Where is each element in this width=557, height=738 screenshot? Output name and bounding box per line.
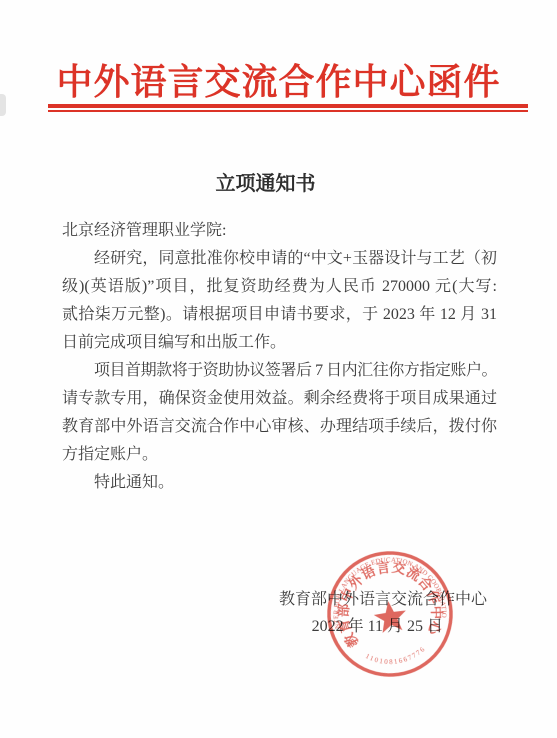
letterhead-title: 中外语言交流合作中心函件	[0, 60, 557, 104]
closing-line: 特此通知。	[62, 469, 497, 497]
body-line-5: 项目首期款将于资助协议签署后 7 日内汇往你方指定账户。	[62, 357, 497, 385]
body-line-2: 级)(英语版)”项目，批复资助经费为人民币 270000 元(大写:	[62, 273, 497, 301]
body-line-8: 方指定账户。	[62, 441, 497, 469]
scanned-letter-page: 中外语言交流合作中心函件 立项通知书 北京经济管理职业学院: 经研究，同意批准你…	[0, 0, 557, 738]
signature-date: 2022 年 11 月 25 日	[312, 613, 443, 641]
scan-smudge-artifact	[0, 94, 6, 116]
letterhead-rule-thick	[48, 104, 528, 108]
svg-text:1101081667776: 1101081667776	[363, 644, 429, 670]
document-title: 立项通知书	[48, 170, 483, 198]
seal-serial-number: 1101081667776	[363, 644, 429, 670]
body-line-6: 请专款专用，确保资金使用效益。剩余经费将于项目成果通过	[62, 385, 497, 413]
letter-body: 北京经济管理职业学院: 经研究，同意批准你校申请的“中文+玉器设计与工艺（初 级…	[62, 217, 497, 497]
body-line-1: 经研究，同意批准你校申请的“中文+玉器设计与工艺（初	[62, 245, 497, 273]
body-line-7: 教育部中外语言交流合作中心审核、办理结项手续后，拨付你	[62, 413, 497, 441]
body-line-3: 贰拾柒万元整)。请根据项目申请书要求，于 2023 年 12 月 31	[62, 301, 497, 329]
body-line-4: 日前完成项目编写和出版工作。	[62, 329, 497, 357]
signature-organization: 教育部中外语言交流合作中心	[279, 586, 487, 614]
letterhead-rule-thin	[48, 110, 528, 112]
salutation: 北京经济管理职业学院:	[62, 217, 497, 245]
